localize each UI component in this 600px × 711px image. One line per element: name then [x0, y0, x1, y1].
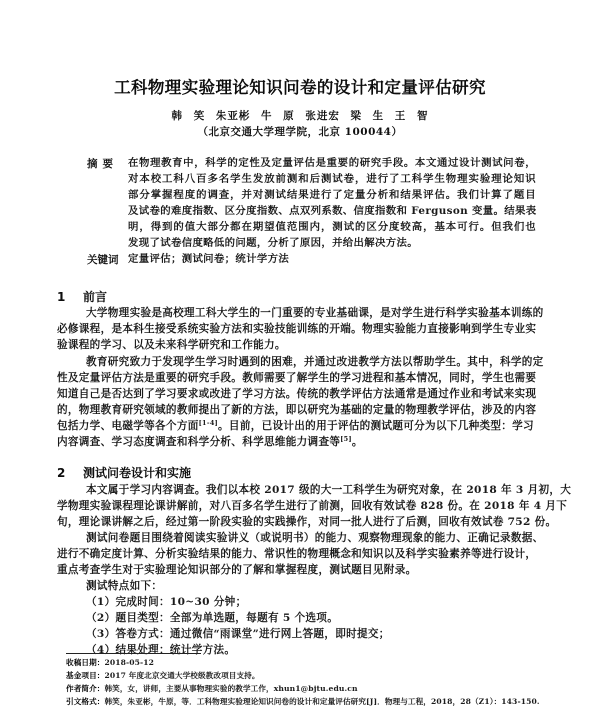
body-line: 教育研究致力于发现学生学习时遇到的困难，并通过改进教学方法以帮助学生。其中，科学… [86, 356, 531, 368]
abstract-label: 摘要 [87, 156, 118, 171]
citation[interactable]: [5] [340, 435, 352, 443]
section-title: 前言 [83, 290, 107, 304]
body-line: 性及定量评估方法是重要的研究手段。教师需要了解学生的学习进程和基本情况，同时，学… [57, 372, 531, 384]
keywords-text: 定量评估；测试问卷；统计学方法 [128, 253, 536, 265]
body-line: 学物理实验课程理论课讲解前，对八百多名学生进行了前测，回收有效试卷 828 份。… [57, 500, 531, 512]
footnote-funding: 基金项目：2017 年度北京交通大学校级教改项目支持。 [66, 671, 260, 681]
abstract-line: 对本校工科八百多名学生发放前测和后测试卷，进行了工科学生物理实验理论知识 [128, 173, 536, 185]
footnote-text: 韩笑，朱亚彬，牛原，等．工科物理实验理论知识问卷的设计和定量评估研究[J]．物理… [104, 697, 539, 706]
footnote-author-bio: 作者简介：韩笑，女，讲师，主要从事物理实验的教学工作，xhun1@bjtu.ed… [66, 684, 358, 694]
body-line: 知道自己是否达到了学习要求或改进了学习方法。传统的教学评估方法通常是通过作业和考… [57, 388, 531, 400]
abstract-line: 及试卷的难度指数、区分度指数、点双列系数、信度指数和 Ferguson 变量。结… [128, 205, 536, 217]
footnote-text: 2018-05-12 [104, 658, 154, 667]
footnote-text: 韩笑，女，讲师，主要从事物理实验的教学工作，xhun1@bjtu.edu.cn [104, 684, 357, 693]
footnote-text: 2017 年度北京交通大学校级教改项目支持。 [104, 671, 259, 680]
body-text: 包括力学、电磁学等各个方面 [57, 420, 199, 432]
body-line: 测试问卷题目围绕着阅读实验讲义（或说明书）的能力、观察物理现象的能力、正确记录数… [86, 532, 531, 544]
body-line: 本文属于学习内容调查。我们以本校 2017 级的大一工科学生为研究对象，在 20… [86, 484, 531, 496]
body-line: 测试特点如下： [86, 580, 162, 592]
footnote-label: 引文格式： [66, 697, 104, 706]
author-list: 韩 笑 朱亚彬 牛 原 张进宏 梁 生 王 智 [0, 108, 600, 123]
abstract-line: 部分掌握程度的调查，并对测试结果进行了定量分析和结果评估。我们计算了题目 [128, 189, 536, 201]
body-line: 进行不确定度计算、分析实验结果的能力、常识性的物理概念和知识以及科学实验素养等进… [57, 548, 531, 560]
section-heading-1: 1前言 [57, 288, 107, 305]
section-heading-2: 2测试问卷设计和实施 [57, 464, 191, 481]
body-text: 。目前，已设计出的用于评估的测试题可分为以下几种类型：学习 [218, 420, 534, 432]
section-number: 1 [57, 290, 83, 304]
paper-title: 工科物理实验理论知识问卷的设计和定量评估研究 [0, 74, 600, 98]
body-line: 旬，理论课讲解之后，经过第一阶段实验的实践操作，对同一批人进行了后测，回收有效试… [57, 516, 531, 528]
abstract-line: 明，得到的值大部分都在期望值范围内，测试的区分度较高，基本可行。但我们也 [128, 221, 536, 233]
section-title: 测试问卷设计和实施 [83, 466, 191, 480]
citation[interactable]: [1-4] [199, 419, 218, 427]
list-item: （1）完成时间：10~30 分钟； [86, 596, 246, 608]
affiliation: （北京交通大学理学院，北京 100044） [0, 124, 600, 139]
body-text: 。 [352, 436, 363, 448]
body-line: 的，物理教育研究领域的教师提出了新的方法，即以研究为基础的定量的物理教学评估，涉… [57, 404, 531, 416]
keywords-label: 关键词 [87, 252, 119, 267]
footnote-divider [66, 653, 201, 654]
body-line: 大学物理实验是高校理工科大学生的一门重要的专业基础课，是对学生进行科学实验基本训… [86, 307, 531, 319]
body-line: 内容调查、学习态度调查和科学分析、科学思维能力调查等[5]。 [57, 436, 531, 448]
list-item: （2）题目类型：全部为单选题，每题有 5 个选项。 [86, 612, 338, 624]
footnote-label: 收稿日期： [66, 658, 104, 667]
body-line: 必修课程，是本科生接受系统实验方法和实验技能训练的开端。物理实验能力直接影响到学… [57, 323, 531, 335]
footnote-label: 作者简介： [66, 684, 104, 693]
list-item: （4）结果处理：统计学方法。 [86, 644, 235, 656]
body-line: 验课程的学习、以及未来科学研究和工作能力。 [57, 339, 531, 351]
abstract-line: 在物理教育中，科学的定性及定量评估是重要的研究手段。本文通过设计测试问卷， [128, 157, 536, 169]
footnote-received: 收稿日期：2018-05-12 [66, 658, 154, 668]
section-number: 2 [57, 466, 83, 480]
footnote-citation-format: 引文格式：韩笑，朱亚彬，牛原，等．工科物理实验理论知识问卷的设计和定量评估研究[… [66, 697, 540, 707]
abstract-line: 发现了试卷信度略低的问题，分析了原因，并给出解决方法。 [128, 237, 536, 249]
body-line: 包括力学、电磁学等各个方面[1-4]。目前，已设计出的用于评估的测试题可分为以下… [57, 420, 531, 432]
body-line: 重点考查学生对于实验理论知识部分的了解和掌握程度，测试题目见附录。 [57, 564, 531, 576]
list-item: （3）答卷方式：通过微信“雨课堂”进行网上答题，即时提交； [86, 628, 390, 640]
body-text: 内容调查、学习态度调查和科学分析、科学思维能力调查等 [57, 436, 340, 448]
footnote-label: 基金项目： [66, 671, 104, 680]
